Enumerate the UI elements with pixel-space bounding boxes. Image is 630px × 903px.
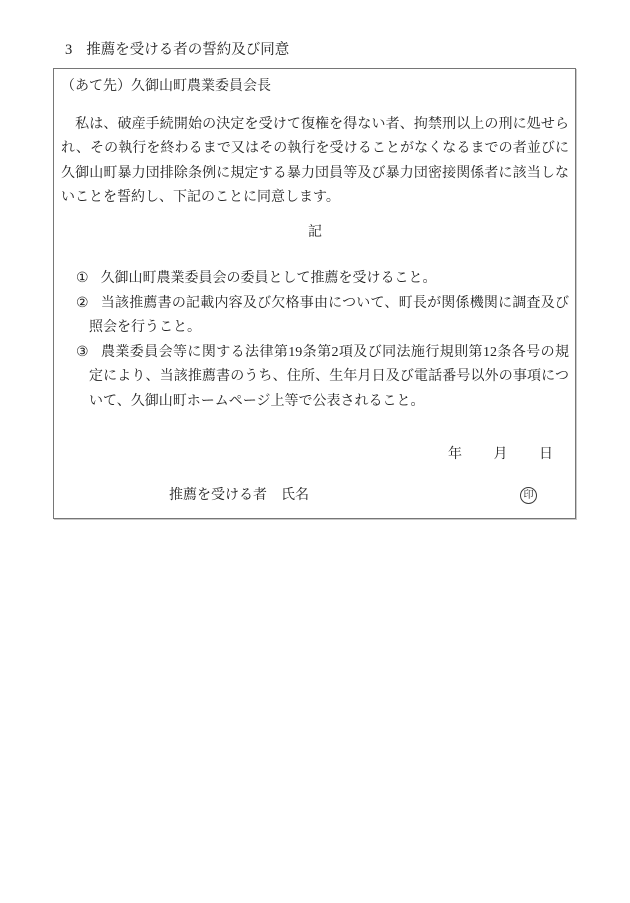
pledge-form-box: （あて先）久御山町農業委員会長 私は、破産手続開始の決定を受けて復権を得ない者、… [53,68,576,519]
date-line: 年 月 日 [61,443,569,468]
date-month-label: 月 [494,447,508,462]
item-number: ② [76,296,89,311]
item-text: 農業委員会等に関する法律第19条第2項及び同法施行規則第12条各号の規定により、… [89,345,569,409]
item-number: ③ [76,345,89,360]
seal-mark-icon: 印 [520,487,537,504]
item-number: ① [76,271,89,286]
date-year-label: 年 [448,447,462,462]
list-item: ②当該推薦書の記載内容及び欠格事由について、町長が関係機関に調査及び照会を行うこ… [61,292,569,341]
addressee-line: （あて先）久御山町農業委員会長 [61,75,569,100]
page-title: 3推薦を受ける者の誓約及び同意 [65,41,289,59]
item-text: 当該推薦書の記載内容及び欠格事由について、町長が関係機関に調査及び照会を行うこと… [89,296,569,336]
heading-number: 3 [65,42,72,58]
list-item: ①久御山町農業委員会の委員として推薦を受けること。 [61,267,569,292]
item-text: 久御山町農業委員会の委員として推薦を受けること。 [101,271,437,286]
consent-item-list: ①久御山町農業委員会の委員として推薦を受けること。 ②当該推薦書の記載内容及び欠… [61,267,569,414]
signature-label: 推薦を受ける者 氏名 [169,484,309,509]
section-marker: 記 [61,221,569,246]
list-item: ③農業委員会等に関する法律第19条第2項及び同法施行規則第12条各号の規定により… [61,341,569,415]
document-page: 3推薦を受ける者の誓約及び同意 （あて先）久御山町農業委員会長 私は、破産手続開… [0,0,630,903]
heading-text: 推薦を受ける者の誓約及び同意 [86,42,289,58]
signature-line: 推薦を受ける者 氏名 印 [61,484,569,509]
pledge-paragraph: 私は、破産手続開始の決定を受けて復権を得ない者、拘禁刑以上の刑に処せられ、その執… [61,113,569,211]
date-day-label: 日 [539,447,553,462]
